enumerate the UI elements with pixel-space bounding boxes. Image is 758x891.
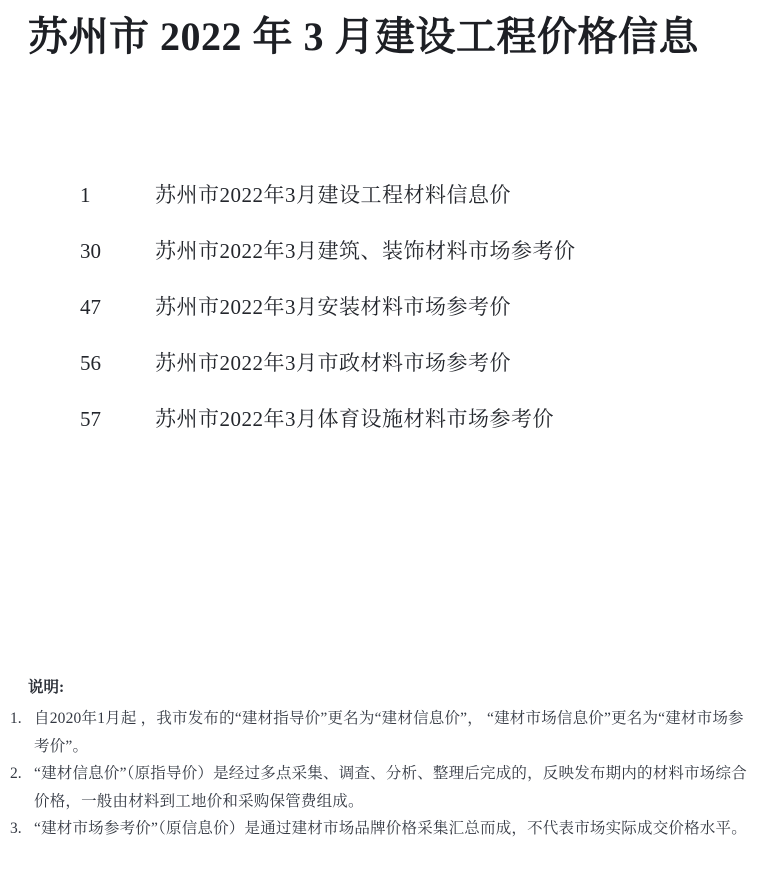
toc-row: 1 苏州市2022年3月建设工程材料信息价 — [80, 184, 720, 207]
note-item: 1. 自2020年1月起 ，我市发布的“建材指导价”更名为“建材信息价”， “建… — [10, 705, 750, 760]
toc-row: 56 苏州市2022年3月市政材料市场参考价 — [80, 352, 720, 375]
note-number: 1. — [10, 705, 34, 733]
note-text: 自2020年1月起 ，我市发布的“建材指导价”更名为“建材信息价”， “建材市场… — [34, 705, 750, 760]
toc-entry-label: 苏州市2022年3月建筑、装饰材料市场参考价 — [155, 240, 720, 263]
table-of-contents: 1 苏州市2022年3月建设工程材料信息价 30 苏州市2022年3月建筑、装饰… — [80, 184, 720, 464]
note-text: “建材市场参考价”（原信息价）是通过建材市场品牌价格采集汇总而成，不代表市场实际… — [34, 815, 750, 843]
toc-row: 47 苏州市2022年3月安装材料市场参考价 — [80, 296, 720, 319]
toc-row: 57 苏州市2022年3月体育设施材料市场参考价 — [80, 408, 720, 431]
toc-page-number: 57 — [80, 408, 155, 431]
toc-row: 30 苏州市2022年3月建筑、装饰材料市场参考价 — [80, 240, 720, 263]
notes-section: 说明: 1. 自2020年1月起 ，我市发布的“建材指导价”更名为“建材信息价”… — [10, 677, 750, 843]
note-number: 2. — [10, 760, 34, 788]
toc-entry-label: 苏州市2022年3月体育设施材料市场参考价 — [155, 408, 720, 431]
note-item: 2. “建材信息价”（原指导价）是经过多点采集、调查、分析、整理后完成的，反映发… — [10, 760, 750, 815]
toc-entry-label: 苏州市2022年3月建设工程材料信息价 — [155, 184, 720, 207]
toc-page-number: 56 — [80, 352, 155, 375]
notes-heading: 说明: — [10, 677, 750, 699]
toc-entry-label: 苏州市2022年3月安装材料市场参考价 — [155, 296, 720, 319]
note-text: “建材信息价”（原指导价）是经过多点采集、调查、分析、整理后完成的，反映发布期内… — [34, 760, 750, 815]
toc-page-number: 1 — [80, 184, 155, 207]
document-page: 苏州市 2022 年 3 月建设工程价格信息 1 苏州市2022年3月建设工程材… — [0, 0, 758, 891]
note-item: 3. “建材市场参考价”（原信息价）是通过建材市场品牌价格采集汇总而成，不代表市… — [10, 815, 750, 843]
toc-entry-label: 苏州市2022年3月市政材料市场参考价 — [155, 352, 720, 375]
note-number: 3. — [10, 815, 34, 843]
toc-page-number: 47 — [80, 296, 155, 319]
toc-page-number: 30 — [80, 240, 155, 263]
page-title: 苏州市 2022 年 3 月建设工程价格信息 — [28, 10, 734, 64]
